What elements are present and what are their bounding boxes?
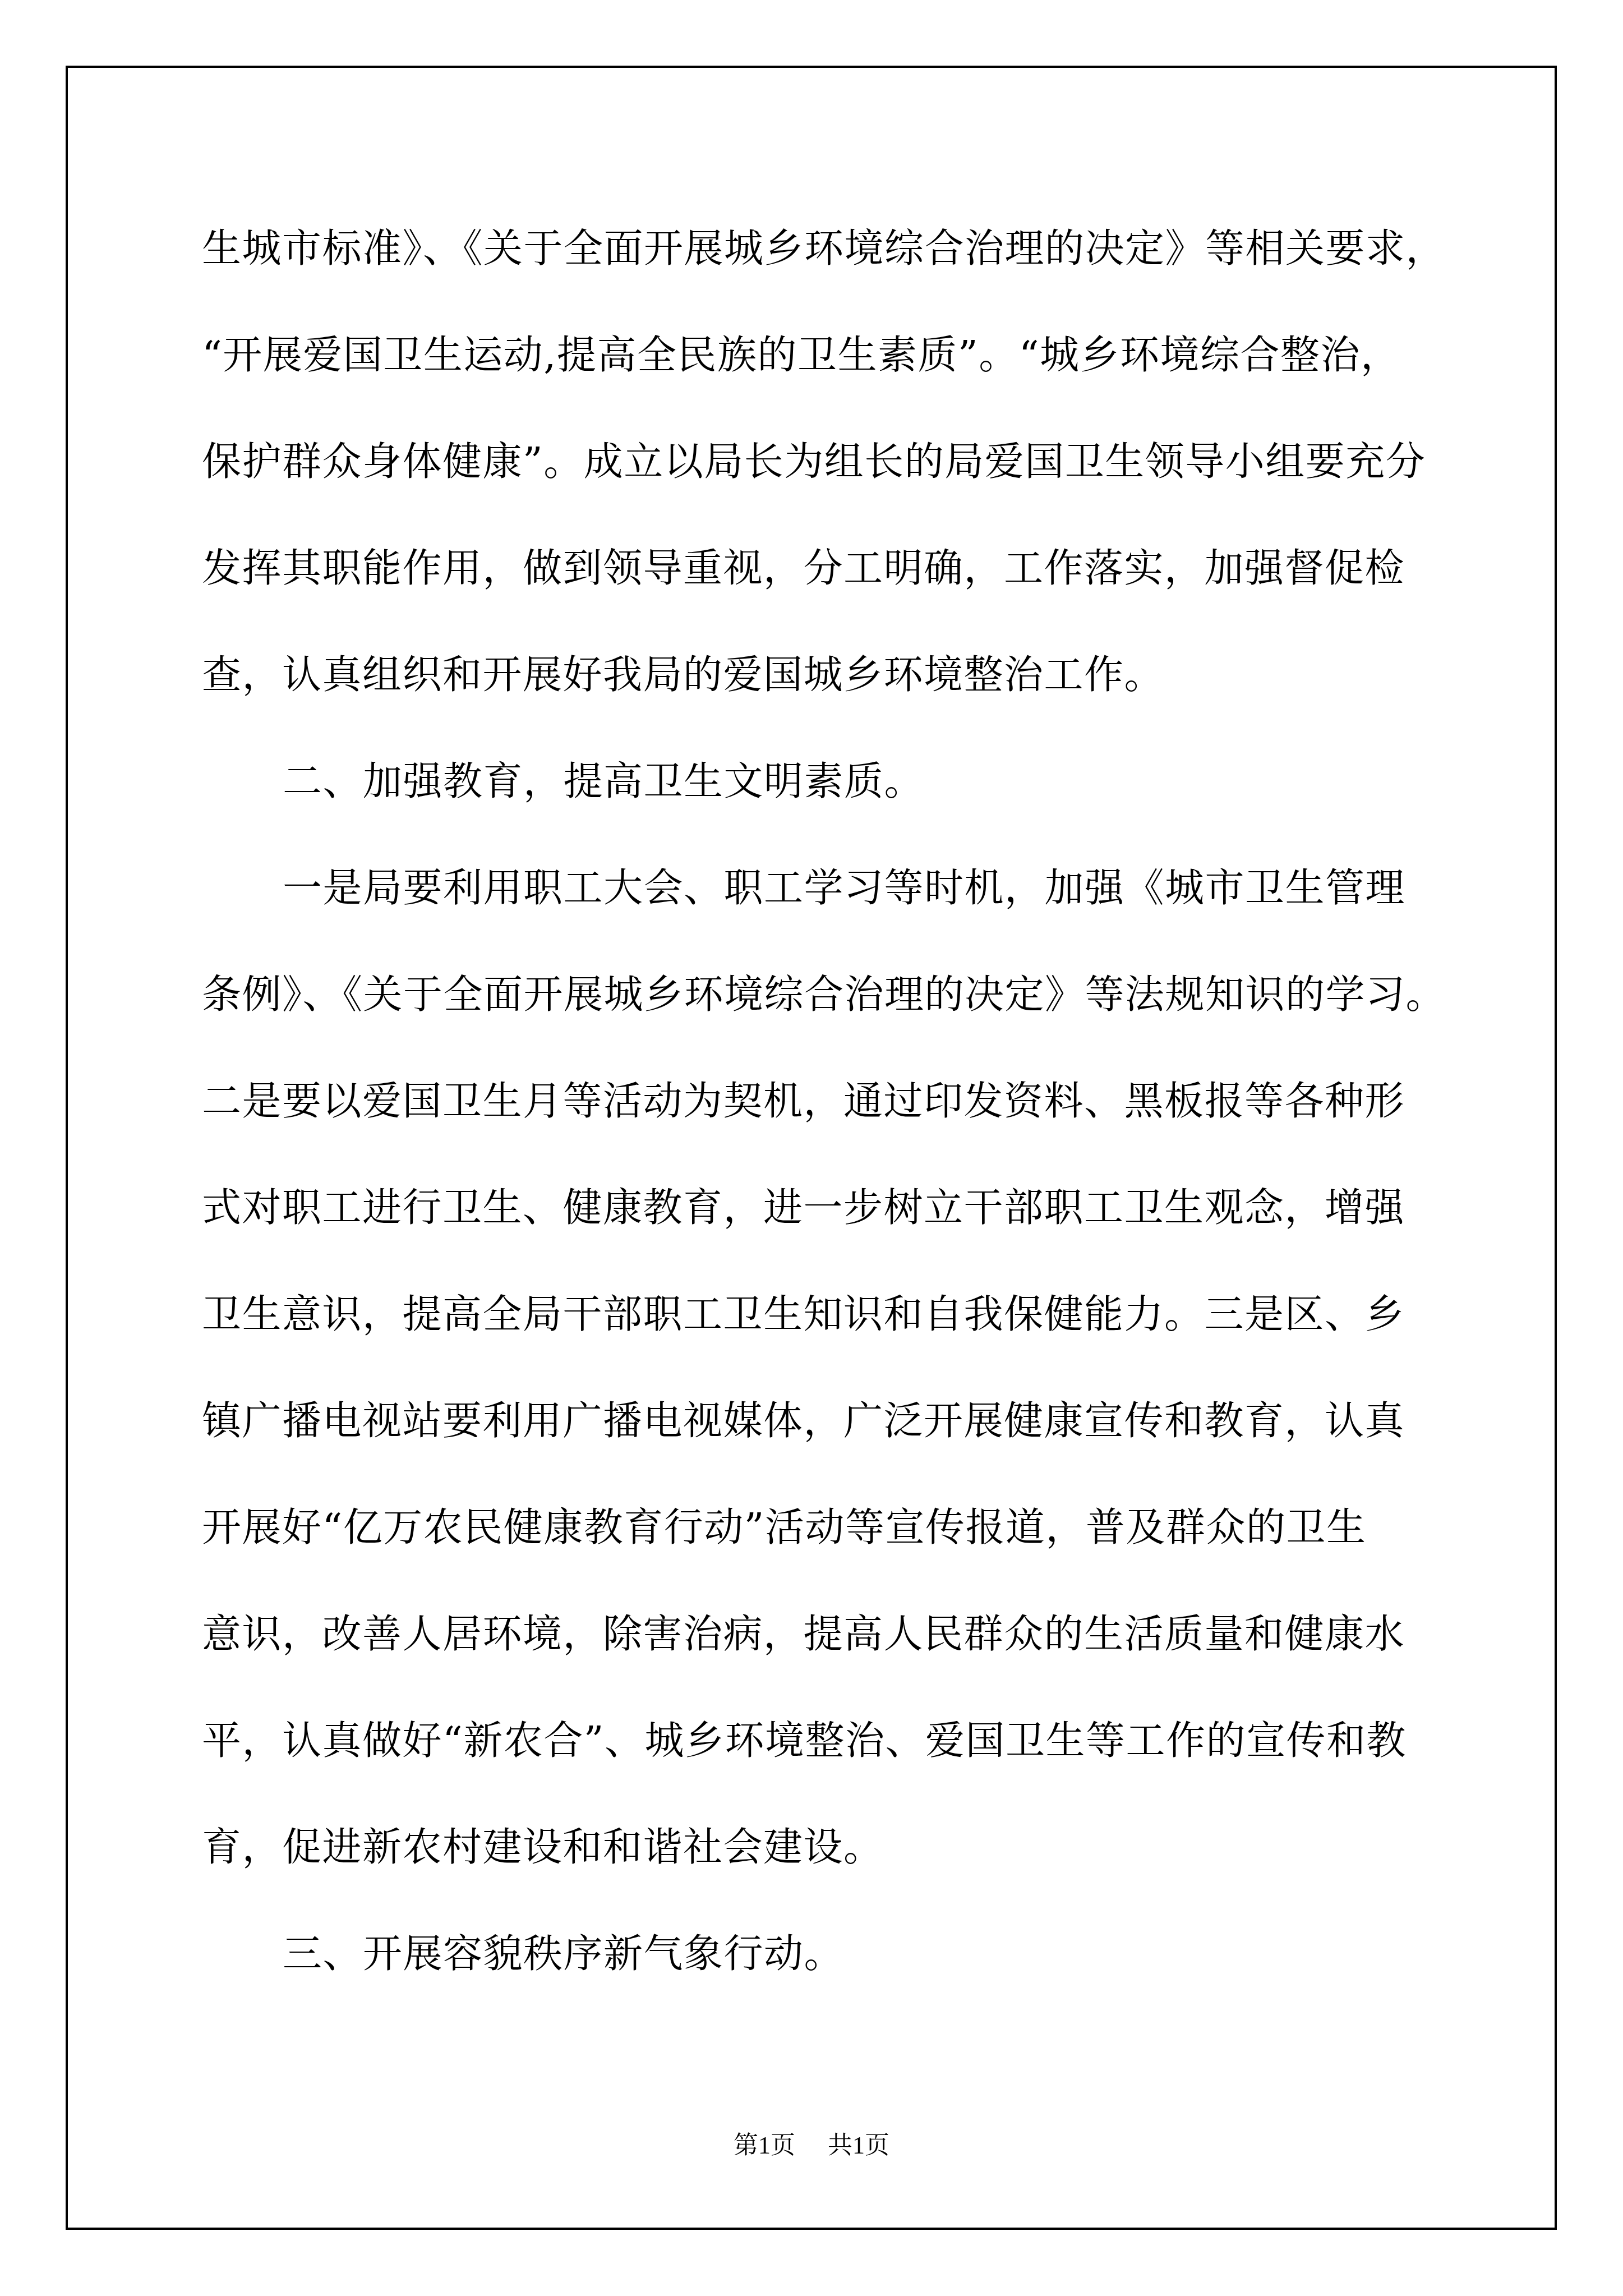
document-body: 生城市标准》、《关于全面开展城乡环境综合治理的决定》等相关要求， “开展爱国卫生… xyxy=(202,218,1453,2030)
text-line-10: 式对职工进行卫生、健康教育，进一步树立干部职工卫生观念，增强 xyxy=(202,1177,1453,1283)
text-line-1: 生城市标准》、《关于全面开展城乡环境综合治理的决定》等相关要求， xyxy=(202,218,1453,324)
text-line-12: 镇广播电视站要利用广播电视媒体，广泛开展健康宣传和教育，认真 xyxy=(202,1390,1453,1497)
text-line-5: 查，认真组织和开展好我局的爱国城乡环境整治工作。 xyxy=(202,644,1453,751)
text-line-14: 意识，改善人居环境，除害治病，提高人民群众的生活质量和健康水 xyxy=(202,1603,1453,1710)
current-page-label: 第1页 xyxy=(734,2129,795,2162)
text-line-4: 发挥其职能作用，做到领导重视，分工明确，工作落实，加强督促检 xyxy=(202,537,1453,644)
text-line-15: 平，认真做好“新农合”、城乡环境整治、爱国卫生等工作的宣传和教 xyxy=(202,1710,1453,1816)
text-line-3: 保护群众身体健康”。成立以局长为组长的局爱国卫生领导小组要充分 xyxy=(202,431,1453,537)
text-line-13: 开展好“亿万农民健康教育行动”活动等宣传报道，普及群众的卫生 xyxy=(202,1497,1453,1603)
text-line-16: 育，促进新农村建设和和谐社会建设。 xyxy=(202,1816,1453,1923)
total-pages-label: 共1页 xyxy=(828,2129,889,2162)
section-heading-3: 三、开展容貌秩序新气象行动。 xyxy=(202,1923,1453,2030)
text-line-7: 一是局要利用职工大会、职工学习等时机，加强《城市卫生管理 xyxy=(202,857,1453,964)
text-line-11: 卫生意识，提高全局干部职工卫生知识和自我保健能力。三是区、乡 xyxy=(202,1283,1453,1390)
page-footer: 第1页共1页 xyxy=(0,2129,1623,2162)
text-line-2: “开展爱国卫生运动,提高全民族的卫生素质”。“城乡环境综合整治， xyxy=(202,324,1453,431)
section-heading-2: 二、加强教育，提高卫生文明素质。 xyxy=(202,751,1453,857)
text-line-8: 条例》、《关于全面开展城乡环境综合治理的决定》等法规知识的学习。 xyxy=(202,964,1453,1070)
text-line-9: 二是要以爱国卫生月等活动为契机，通过印发资料、黑板报等各种形 xyxy=(202,1070,1453,1177)
